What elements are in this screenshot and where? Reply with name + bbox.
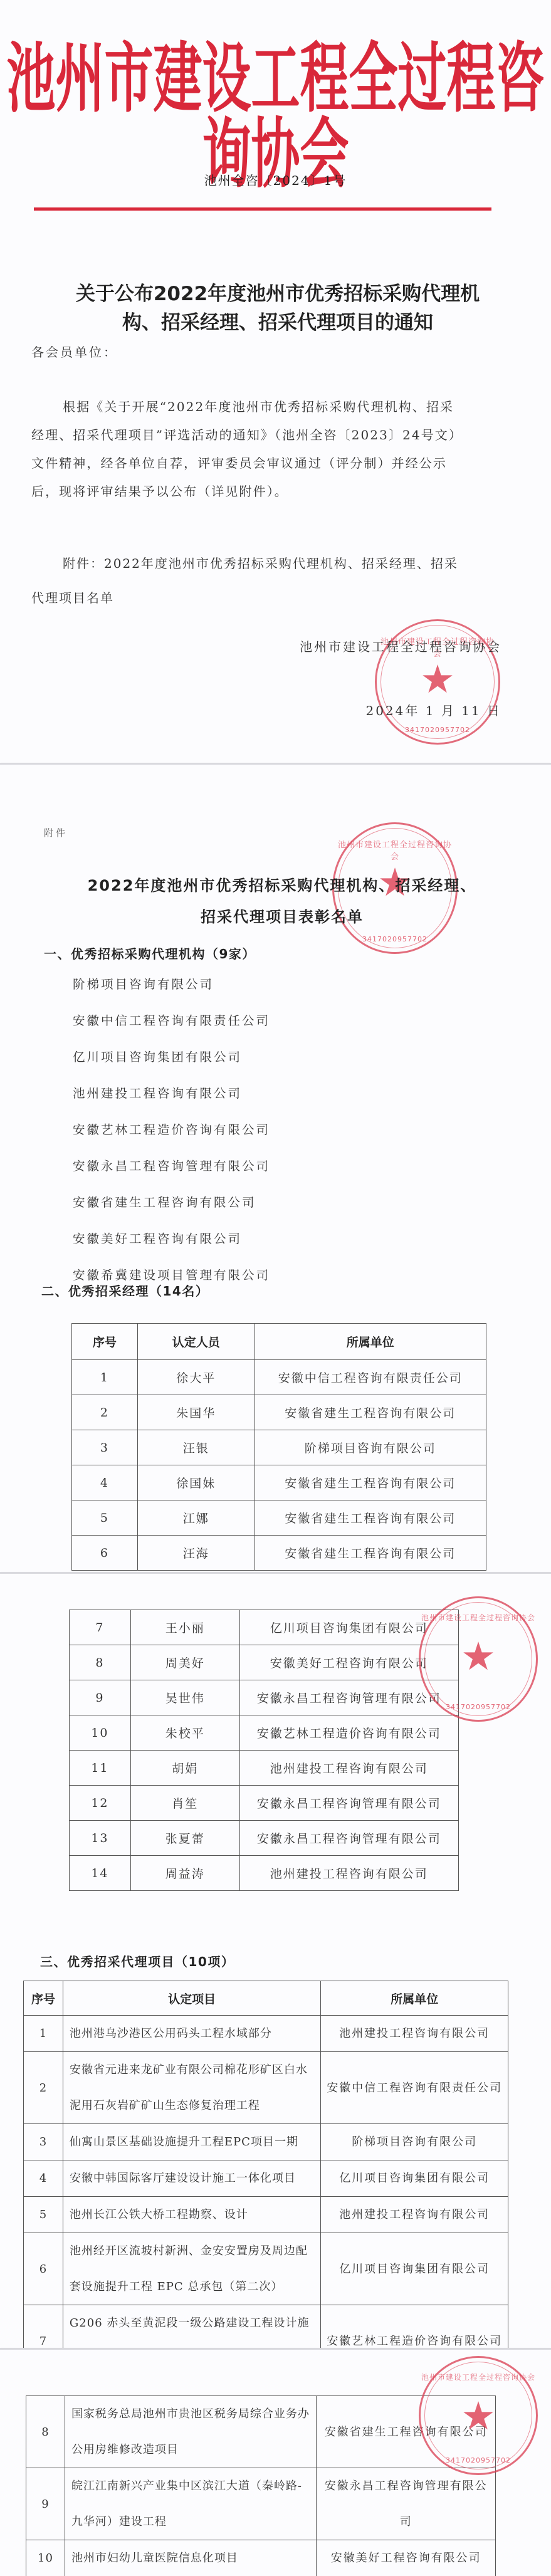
table-row: 6 汪海 安徽省建生工程咨询有限公司 (72, 1536, 486, 1571)
cell-unit: 亿川项目咨询集团有限公司 (321, 2160, 508, 2197)
table-row: 8 周美好 安徽美好工程咨询有限公司 (70, 1645, 459, 1680)
cell-index: 10 (26, 2540, 65, 2576)
list-title-line: 2022年度池州市优秀招标采购代理机构、招采经理、 (25, 870, 539, 901)
projects-table-part1: 序号 认定项目 所属单位 1 池州港乌沙港区公用码头工程水域部分 池州建投工程咨… (23, 1981, 508, 2348)
org-list-item: 亿川项目咨询集团有限公司 (73, 1039, 270, 1076)
cell-index: 1 (24, 2016, 63, 2052)
cell-index: 3 (24, 2124, 63, 2160)
org-list-item: 阶梯项目咨询有限公司 (73, 966, 270, 1003)
cell-project: 安徽中韩国际客厅建设设计施工一体化项目 (63, 2160, 320, 2197)
table-row: 5 池州长江公铁大桥工程勘察、设计 池州建投工程咨询有限公司 (24, 2197, 508, 2233)
notice-title: 关于公布2022年度池州市优秀招标采购代理机 构、招采经理、招采代理项目的通知 (30, 280, 525, 337)
star-icon: ★ (377, 660, 498, 699)
seal-text: 池州市建设工程全过程咨询协会 (421, 1612, 536, 1623)
cell-project: 仙寓山景区基础设施提升工程EPC项目一期 (63, 2124, 320, 2160)
cell-person: 周益涛 (130, 1856, 239, 1891)
table-row: 10 朱校平 安徽艺林工程造价咨询有限公司 (70, 1715, 459, 1751)
notice-body: 根据《关于开展“2022年度池州市优秀招标采购代理机构、招采 经理、招采代理项目… (31, 393, 508, 506)
table-row: 10 池州市妇幼儿童医院信息化项目 安徽美好工程咨询有限公司 (26, 2540, 496, 2576)
seal-text: 池州市建设工程全过程咨询协会 (421, 2372, 536, 2382)
cell-index: 2 (24, 2052, 63, 2124)
notice-title-line: 关于公布2022年度池州市优秀招标采购代理机 (30, 280, 525, 308)
cell-unit: 阶梯项目咨询有限公司 (255, 1430, 486, 1465)
cell-unit: 安徽永昌工程咨询管理有限公司 (239, 1786, 458, 1821)
table-row: 3 汪银 阶梯项目咨询有限公司 (72, 1430, 486, 1465)
cell-unit: 亿川项目咨询集团有限公司 (321, 2233, 508, 2305)
body-line: 文件精神，经各单位自荐，评审委员会审议通过（评分制）并经公示 (31, 449, 508, 478)
cell-unit: 池州建投工程咨询有限公司 (239, 1856, 458, 1891)
list-title: 2022年度池州市优秀招标采购代理机构、招采经理、 招采代理项目表彰名单 (25, 870, 539, 933)
org-list-item: 安徽永昌工程咨询管理有限公司 (73, 1148, 270, 1185)
cell-index: 6 (72, 1536, 138, 1571)
table-row: 7 王小丽 亿川项目咨询集团有限公司 (70, 1610, 459, 1645)
table-header-row: 序号 认定项目 所属单位 (24, 1981, 508, 2016)
cell-index: 8 (70, 1645, 131, 1680)
cell-index: 1 (72, 1360, 138, 1395)
column-header: 认定项目 (63, 1981, 320, 2016)
cell-person: 周美好 (130, 1645, 239, 1680)
cell-person: 胡娟 (130, 1751, 239, 1786)
table-row: 2 朱国华 安徽省建生工程咨询有限公司 (72, 1395, 486, 1430)
cell-unit: 池州建投工程咨询有限公司 (321, 2016, 508, 2052)
cell-unit: 安徽永昌工程咨询管理有限公司 (239, 1821, 458, 1856)
cell-unit: 安徽永昌工程咨询管理有限公司 (317, 2468, 496, 2540)
org-list-item: 池州建投工程咨询有限公司 (73, 1076, 270, 1112)
column-header: 序号 (72, 1324, 138, 1360)
cell-unit: 安徽艺林工程造价咨询有限公司 (239, 1715, 458, 1751)
table-row: 7 G206 赤头至黄泥段一级公路建设工程设计施工总承包 安徽艺林工程造价咨询有… (24, 2305, 508, 2348)
seal-code: 3417020957702 (334, 935, 456, 943)
cell-project: 国家税务总局池州市贵池区税务局综合业务办公用房维修改造项目 (65, 2396, 316, 2468)
cell-person: 肖笙 (130, 1786, 239, 1821)
section-heading-projects: 三、优秀招采代理项目（10项） (40, 1952, 234, 1970)
cell-index: 12 (70, 1786, 131, 1821)
cell-index: 5 (72, 1500, 138, 1536)
signature-date: 2024年 1 月 11 日 (351, 701, 501, 719)
cell-index: 14 (70, 1856, 131, 1891)
cell-unit: 安徽省建生工程咨询有限公司 (255, 1536, 486, 1571)
org-list-item: 安徽中信工程咨询有限责任公司 (73, 1003, 270, 1039)
cell-person: 王小丽 (130, 1610, 239, 1645)
cell-person: 徐大平 (137, 1360, 255, 1395)
table-row: 3 仙寓山景区基础设施提升工程EPC项目一期 阶梯项目咨询有限公司 (24, 2124, 508, 2160)
cell-person: 江娜 (137, 1500, 255, 1536)
cell-person: 汪银 (137, 1430, 255, 1465)
table-row: 9 皖江江南新兴产业集中区滨江大道（秦岭路-九华河）建设工程 安徽永昌工程咨询管… (26, 2468, 496, 2540)
cell-index: 4 (24, 2160, 63, 2197)
cell-index: 5 (24, 2197, 63, 2233)
cell-unit: 安徽省建生工程咨询有限公司 (255, 1395, 486, 1430)
body-line: 经理、招采代理项目”评选活动的通知》（池州全咨〔2023〕24号文） (31, 421, 508, 449)
table-row: 4 安徽中韩国际客厅建设设计施工一体化项目 亿川项目咨询集团有限公司 (24, 2160, 508, 2197)
table-row: 14 周益涛 池州建投工程咨询有限公司 (70, 1856, 459, 1891)
cell-index: 6 (24, 2233, 63, 2305)
seal-code: 3417020957702 (377, 726, 498, 734)
cell-project: 安徽省元进来龙矿业有限公司棉花形矿区白水泥用石灰岩矿矿山生态修复治理工程 (63, 2052, 320, 2124)
table-row: 4 徐国妹 安徽省建生工程咨询有限公司 (72, 1465, 486, 1500)
org-list-item: 安徽美好工程咨询有限公司 (73, 1221, 270, 1257)
attachment-line: 代理项目名单 (31, 581, 508, 615)
managers-table-part1: 序号 认定人员 所属单位 1 徐大平 安徽中信工程咨询有限责任公司 2 朱国华 … (71, 1323, 486, 1571)
cell-index: 4 (72, 1465, 138, 1500)
star-icon: ★ (421, 2397, 536, 2436)
seal-code: 3417020957702 (421, 2456, 536, 2464)
column-header: 所属单位 (321, 1981, 508, 2016)
letterhead-red-rule (34, 207, 491, 211)
cell-index: 7 (24, 2305, 63, 2348)
notice-title-line: 构、招采经理、招采代理项目的通知 (30, 308, 525, 337)
attachment-note: 附件：2022年度池州市优秀招标采购代理机构、招采经理、招采 代理项目名单 (31, 547, 508, 615)
cell-index: 10 (70, 1715, 131, 1751)
org-list-item: 安徽艺林工程造价咨询有限公司 (73, 1112, 270, 1148)
table-row: 6 池州经开区流坡村新洲、金安安置房及周边配套设施提升工程 EPC 总承包（第二… (24, 2233, 508, 2305)
attachment-line: 附件：2022年度池州市优秀招标采购代理机构、招采经理、招采 (31, 547, 508, 581)
cell-unit: 池州建投工程咨询有限公司 (239, 1751, 458, 1786)
cell-project: 皖江江南新兴产业集中区滨江大道（秦岭路-九华河）建设工程 (65, 2468, 316, 2540)
column-header: 序号 (24, 1981, 63, 2016)
cell-index: 7 (70, 1610, 131, 1645)
cell-person: 张夏蕾 (130, 1821, 239, 1856)
body-line: 根据《关于开展“2022年度池州市优秀招标采购代理机构、招采 (31, 393, 508, 421)
cell-unit: 安徽省建生工程咨询有限公司 (255, 1465, 486, 1500)
cell-index: 9 (26, 2468, 65, 2540)
table-row: 9 吴世伟 安徽永昌工程咨询管理有限公司 (70, 1680, 459, 1715)
table-header-row: 序号 认定人员 所属单位 (72, 1324, 486, 1360)
section-heading-managers: 二、优秀招采经理（14名） (41, 1281, 209, 1299)
cell-unit: 安徽中信工程咨询有限责任公司 (321, 2052, 508, 2124)
cell-index: 9 (70, 1680, 131, 1715)
cell-person: 朱校平 (130, 1715, 239, 1751)
cell-project: 池州市妇幼儿童医院信息化项目 (65, 2540, 316, 2576)
table-row: 2 安徽省元进来龙矿业有限公司棉花形矿区白水泥用石灰岩矿矿山生态修复治理工程 安… (24, 2052, 508, 2124)
org-list: 阶梯项目咨询有限公司 安徽中信工程咨询有限责任公司 亿川项目咨询集团有限公司 池… (73, 966, 270, 1294)
cell-person: 朱国华 (137, 1395, 255, 1430)
attachment-label: 附件 (44, 826, 68, 839)
document-number: 池州全咨〔2024〕1号 (0, 170, 551, 189)
table-row: 11 胡娟 池州建投工程咨询有限公司 (70, 1751, 459, 1786)
cell-unit: 安徽中信工程咨询有限责任公司 (255, 1360, 486, 1395)
cell-person: 吴世伟 (130, 1680, 239, 1715)
page-attachment-2: 7 王小丽 亿川项目咨询集团有限公司 8 周美好 安徽美好工程咨询有限公司 9 … (0, 1574, 551, 2348)
cell-unit: 池州建投工程咨询有限公司 (321, 2197, 508, 2233)
cell-unit: 安徽省建生工程咨询有限公司 (255, 1500, 486, 1536)
cell-project: 池州港乌沙港区公用码头工程水域部分 (63, 2016, 320, 2052)
cell-index: 2 (72, 1395, 138, 1430)
column-header: 认定人员 (137, 1324, 255, 1360)
page-notice: 池州市建设工程全过程咨询协会 池州全咨〔2024〕1号 关于公布2022年度池州… (0, 0, 551, 763)
table-row: 5 江娜 安徽省建生工程咨询有限公司 (72, 1500, 486, 1536)
org-list-item: 安徽省建生工程咨询有限公司 (73, 1185, 270, 1221)
seal-text: 池州市建设工程全过程咨询协会 (334, 838, 456, 862)
table-row: 1 徐大平 安徽中信工程咨询有限责任公司 (72, 1360, 486, 1395)
table-row: 12 肖笙 安徽永昌工程咨询管理有限公司 (70, 1786, 459, 1821)
official-seal: 池州市建设工程全过程咨询协会 ★ 3417020957702 (419, 2356, 538, 2475)
table-row: 1 池州港乌沙港区公用码头工程水域部分 池州建投工程咨询有限公司 (24, 2016, 508, 2052)
cell-person: 汪海 (137, 1536, 255, 1571)
cell-project: 池州经开区流坡村新洲、金安安置房及周边配套设施提升工程 EPC 总承包（第二次） (63, 2233, 320, 2305)
cell-index: 13 (70, 1821, 131, 1856)
cell-project: 池州长江公铁大桥工程勘察、设计 (63, 2197, 320, 2233)
section-heading-orgs: 一、优秀招标采购代理机构（9家） (44, 944, 256, 962)
cell-unit: 安徽美好工程咨询有限公司 (317, 2540, 496, 2576)
column-header: 所属单位 (255, 1324, 486, 1360)
cell-unit: 阶梯项目咨询有限公司 (321, 2124, 508, 2160)
managers-table-part2: 7 王小丽 亿川项目咨询集团有限公司 8 周美好 安徽美好工程咨询有限公司 9 … (69, 1610, 459, 1891)
official-seal: 池州市建设工程全过程咨询协会 ★ 3417020957702 (419, 1596, 538, 1722)
list-title-line: 招采代理项目表彰名单 (25, 901, 539, 933)
star-icon: ★ (421, 1637, 536, 1676)
cell-index: 3 (72, 1430, 138, 1465)
seal-code: 3417020957702 (421, 1703, 536, 1711)
table-row: 13 张夏蕾 安徽永昌工程咨询管理有限公司 (70, 1821, 459, 1856)
cell-unit: 安徽艺林工程造价咨询有限公司 (321, 2305, 508, 2348)
page-attachment-1: 附件 池州市建设工程全过程咨询协会 ★ 3417020957702 2022年度… (0, 765, 551, 1572)
cell-person: 徐国妹 (137, 1465, 255, 1500)
signature-org: 池州市建设工程全过程咨询协会 (282, 637, 501, 655)
cell-project: G206 赤头至黄泥段一级公路建设工程设计施工总承包 (63, 2305, 320, 2348)
cell-index: 8 (26, 2396, 65, 2468)
salutation: 各会员单位： (31, 342, 118, 360)
page-attachment-3: 8 国家税务总局池州市贵池区税务局综合业务办公用房维修改造项目 安徽省建生工程咨… (0, 2350, 551, 2576)
body-line: 后，现将评审结果予以公布（详见附件）。 (31, 478, 508, 506)
cell-index: 11 (70, 1751, 131, 1786)
